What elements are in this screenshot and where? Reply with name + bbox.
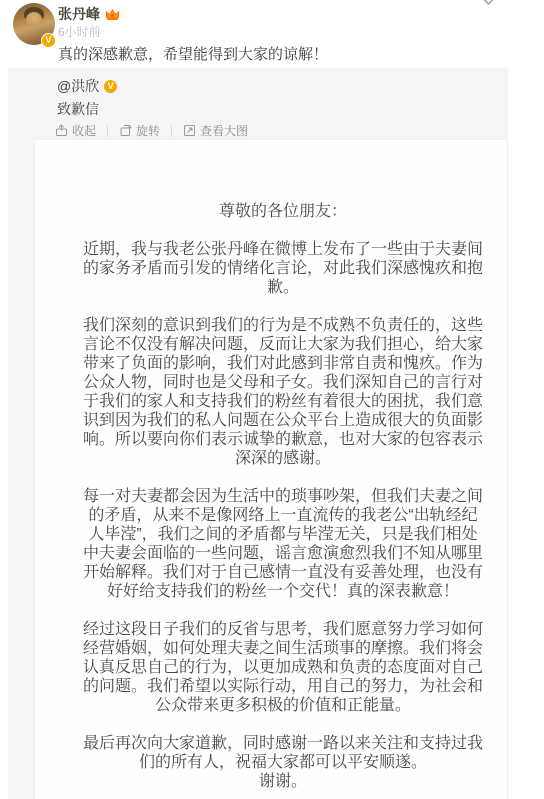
author-row: 张丹峰 — [58, 4, 120, 24]
rotate-icon — [119, 124, 132, 137]
letter-content: 尊敬的各位朋友： 近期，我与我老公张丹峰在微博上发布了一些由于夫妻间的家务矛盾而… — [35, 140, 507, 791]
letter-line: 认真反思自己的行为，以更加成熟和负责的态度面对自己 — [83, 658, 483, 677]
letter-paragraph: 经过这段日子我们的反省与思考，我们愿意努力学习如何经营婚姻，如何处理夫妻之间生活… — [83, 620, 483, 715]
letter-paragraph: 近期，我与我老公张丹峰在微博上发布了一些由于夫妻间的家务矛盾而引发的情绪化言论，… — [83, 240, 483, 297]
letter-line: 的矛盾，从来不是像网络上一直流传的我老公“出轨经纪 — [83, 506, 483, 525]
image-toolbar: 收起 旋转 查看大图 — [55, 122, 248, 139]
weibo-post-screen: V 张丹峰 6小时前 真的深感歉意，希望能得到大家的谅解！ @洪欣 V 致歉信 … — [0, 0, 544, 799]
verified-v-icon: V — [41, 33, 56, 48]
letter-paragraph: 我们深刻的意识到我们的行为是不成熟不负责任的，这些言论不仅没有解决问题，反而让大… — [83, 316, 483, 468]
author-name[interactable]: 张丹峰 — [58, 4, 100, 24]
letter-line: 好好给支持我们的粉丝一个交代！真的深表歉意！ — [83, 582, 483, 601]
letter-line: 我们深刻的意识到我们的行为是不成熟不负责任的，这些 — [83, 316, 483, 335]
collapse-icon — [55, 124, 68, 137]
collapse-image-button[interactable]: 收起 — [55, 122, 96, 139]
quote-title: 致歉信 — [57, 99, 99, 119]
letter-line: 最后再次向大家道歉，同时感谢一路以来关注和支持过我 — [83, 734, 483, 753]
mention-row: @洪欣 V — [57, 76, 117, 96]
letter-heading: 尊敬的各位朋友： — [83, 202, 483, 221]
view-large-icon — [183, 124, 196, 137]
letter-paragraph: 最后再次向大家道歉，同时感谢一路以来关注和支持过我们的所有人，祝福大家都可以平安… — [83, 734, 483, 791]
letter-paragraphs: 近期，我与我老公张丹峰在微博上发布了一些由于夫妻间的家务矛盾而引发的情绪化言论，… — [83, 240, 483, 791]
verified-v-icon: V — [104, 80, 117, 93]
rotate-image-button[interactable]: 旋转 — [119, 122, 160, 139]
letter-line: 公众带来更多积极的价值和正能量。 — [83, 696, 483, 715]
letter-line: 歉。 — [83, 278, 483, 297]
mention-link[interactable]: @洪欣 — [57, 76, 99, 96]
letter-line: 人毕滢”，我们之间的矛盾都与毕滢无关，只是我们相处 — [83, 525, 483, 544]
toolbar-divider — [107, 125, 108, 137]
letter-line: 谢谢。 — [83, 772, 483, 791]
quote-card: @洪欣 V 致歉信 收起 旋转 — [8, 68, 508, 799]
letter-line: 的家务矛盾而引发的情绪化言论，对此我们深感愧疚和抱 — [83, 259, 483, 278]
toolbar-divider — [171, 125, 172, 137]
rotate-label: 旋转 — [136, 122, 160, 139]
letter-line: 言论不仅没有解决问题，反而让大家为我们担心，给大家 — [83, 335, 483, 354]
letter-line: 开始解释。我们对于自己感情一直没有妥善处理，也没有 — [83, 563, 483, 582]
collapse-label: 收起 — [72, 122, 96, 139]
letter-line: 经营婚姻，如何处理夫妻之间生活琐事的摩擦。我们将会 — [83, 639, 483, 658]
view-large-label: 查看大图 — [200, 122, 248, 139]
vip-crown-icon — [105, 7, 120, 21]
letter-line: 中夫妻会面临的一些问题，谣言愈演愈烈我们不知从哪里 — [83, 544, 483, 563]
letter-line: 们的所有人，祝福大家都可以平安顺遂。 — [83, 753, 483, 772]
letter-line: 识到因为我们的私人问题在公众平台上造成很大的负面影 — [83, 411, 483, 430]
chevron-down-icon[interactable] — [481, 0, 496, 6]
letter-line: 响。所以要向你们表示诚挚的歉意，也对大家的包容表示 — [83, 430, 483, 449]
post-text: 真的深感歉意，希望能得到大家的谅解！ — [58, 43, 528, 64]
letter-line: 公众人物，同时也是父母和子女。我们深知自己的言行对 — [83, 373, 483, 392]
letter-line: 于我们的家人和支持我们的粉丝有着很大的困扰，我们意 — [83, 392, 483, 411]
letter-line: 经过这段日子我们的反省与思考，我们愿意努力学习如何 — [83, 620, 483, 639]
post-time: 6小时前 — [58, 23, 101, 40]
letter-line: 的问题。我们希望以实际行动，用自己的努力，为社会和 — [83, 677, 483, 696]
letter-image[interactable]: 尊敬的各位朋友： 近期，我与我老公张丹峰在微博上发布了一些由于夫妻间的家务矛盾而… — [35, 140, 507, 799]
letter-line: 近期，我与我老公张丹峰在微博上发布了一些由于夫妻间 — [83, 240, 483, 259]
letter-line: 深深的感谢。 — [83, 449, 483, 468]
letter-paragraph: 每一对夫妻都会因为生活中的琐事吵架，但我们夫妻之间的矛盾，从来不是像网络上一直流… — [83, 487, 483, 601]
letter-line: 每一对夫妻都会因为生活中的琐事吵架，但我们夫妻之间 — [83, 487, 483, 506]
view-large-image-button[interactable]: 查看大图 — [183, 122, 248, 139]
letter-line: 带来了负面的影响，我们对此感到非常自责和愧疚。作为 — [83, 354, 483, 373]
